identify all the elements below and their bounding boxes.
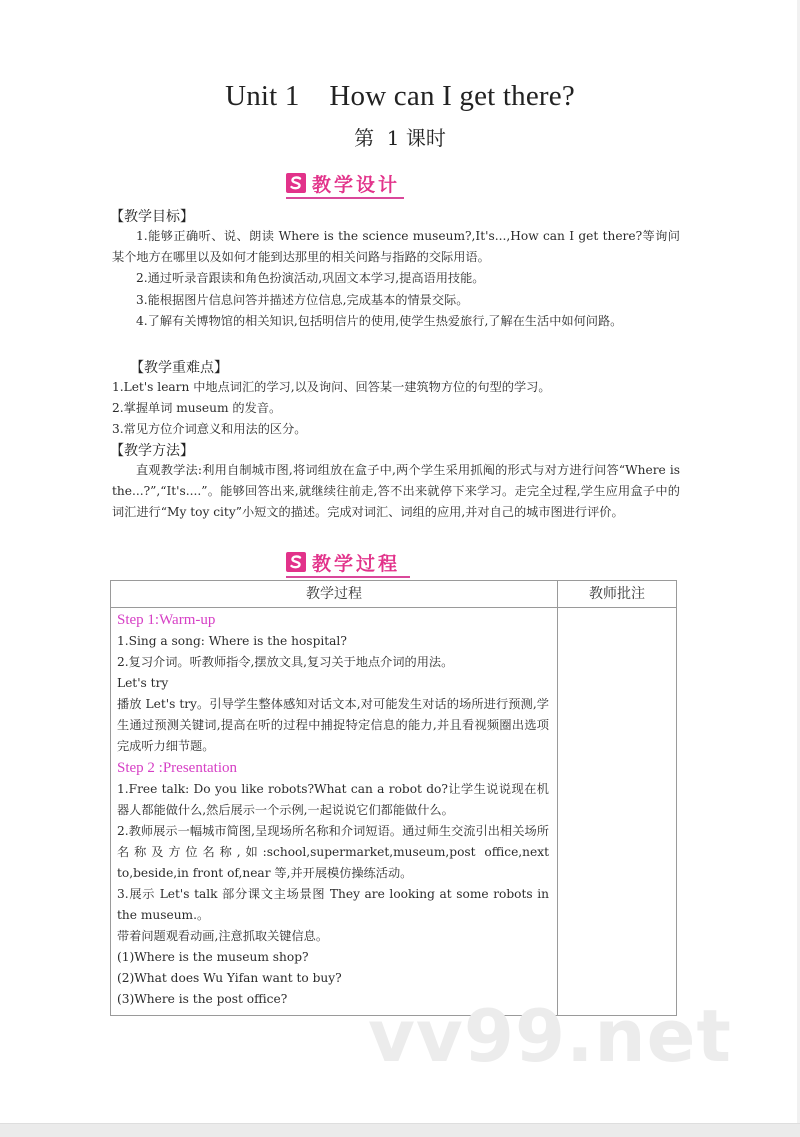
key-points-heading: 【教学重难点】 <box>130 357 228 377</box>
process-content: Step 1:Warm-up 1.Sing a song: Where is t… <box>117 609 549 1010</box>
watermark: vv99.net <box>368 1000 732 1072</box>
step-title: Step 1:Warm-up <box>117 609 549 631</box>
s-logo-icon <box>286 552 306 572</box>
process-table: 教学过程 教师批注 Step 1:Warm-up 1.Sing a song: … <box>110 580 677 1016</box>
step-line: (1)Where is the museum shop? <box>117 947 549 968</box>
methods-text: 直观教学法:利用自制城市图,将词组放在盒子中,两个学生采用抓阄的形式与对方进行问… <box>112 460 680 523</box>
lesson-subtitle: 第 1 课时 <box>0 122 800 151</box>
step-title: Step 2 :Presentation <box>117 757 549 779</box>
page-bottom-edge <box>0 1123 800 1137</box>
process-section-banner: 教学过程 <box>286 549 410 578</box>
design-section-banner: 教学设计 <box>286 170 404 199</box>
key-point-item: 2.掌握单词 museum 的发音。 <box>112 398 281 419</box>
methods-heading: 【教学方法】 <box>110 440 194 460</box>
objective-item: 4.了解有关博物馆的相关知识,包括明信片的使用,使学生热爱旅行,了解在生活中如何… <box>112 311 680 332</box>
design-section-label: 教学设计 <box>312 170 400 197</box>
objective-item: 1.能够正确听、说、朗读 Where is the science museum… <box>112 226 680 268</box>
column-header-process: 教学过程 <box>111 581 557 607</box>
process-section-label: 教学过程 <box>312 549 400 576</box>
step-line: Let's try <box>117 673 549 694</box>
step-line: (2)What does Wu Yifan want to buy? <box>117 968 549 989</box>
objectives-heading: 【教学目标】 <box>110 206 194 226</box>
objective-item: 3.能根据图片信息问答并描述方位信息,完成基本的情景交际。 <box>112 290 680 311</box>
column-header-teacher-notes: 教师批注 <box>558 581 676 607</box>
objective-item: 2.通过听录音跟读和角色扮演活动,巩固文本学习,提高语用技能。 <box>112 268 680 289</box>
teacher-notes-cell <box>558 608 676 1015</box>
step-line: 1.Sing a song: Where is the hospital? <box>117 631 549 652</box>
step-line: 1.Free talk: Do you like robots?What can… <box>117 779 549 821</box>
step-line: 带着问题观看动画,注意抓取关键信息。 <box>117 926 549 947</box>
step-line: 2.复习介词。听教师指令,摆放文具,复习关于地点介词的用法。 <box>117 652 549 673</box>
table-header-row: 教学过程 教师批注 <box>111 581 676 608</box>
step-line: 2.教师展示一幅城市简图,呈现场所名称和介词短语。通过师生交流引出相关场所名称及… <box>117 821 549 884</box>
key-point-item: 1.Let's learn 中地点词汇的学习,以及询问、回答某一建筑物方位的句型… <box>112 377 551 398</box>
document-page: Unit 1 How can I get there? 第 1 课时 教学设计 … <box>0 0 800 1137</box>
page-title: Unit 1 How can I get there? <box>0 80 800 113</box>
step-line: 播放 Let's try。引导学生整体感知对话文本,对可能发生对话的场所进行预测… <box>117 694 549 757</box>
step-line: 3.展示 Let's talk 部分课文主场景图 They are lookin… <box>117 884 549 926</box>
key-point-item: 3.常见方位介词意义和用法的区分。 <box>112 419 306 440</box>
s-logo-icon <box>286 173 306 193</box>
